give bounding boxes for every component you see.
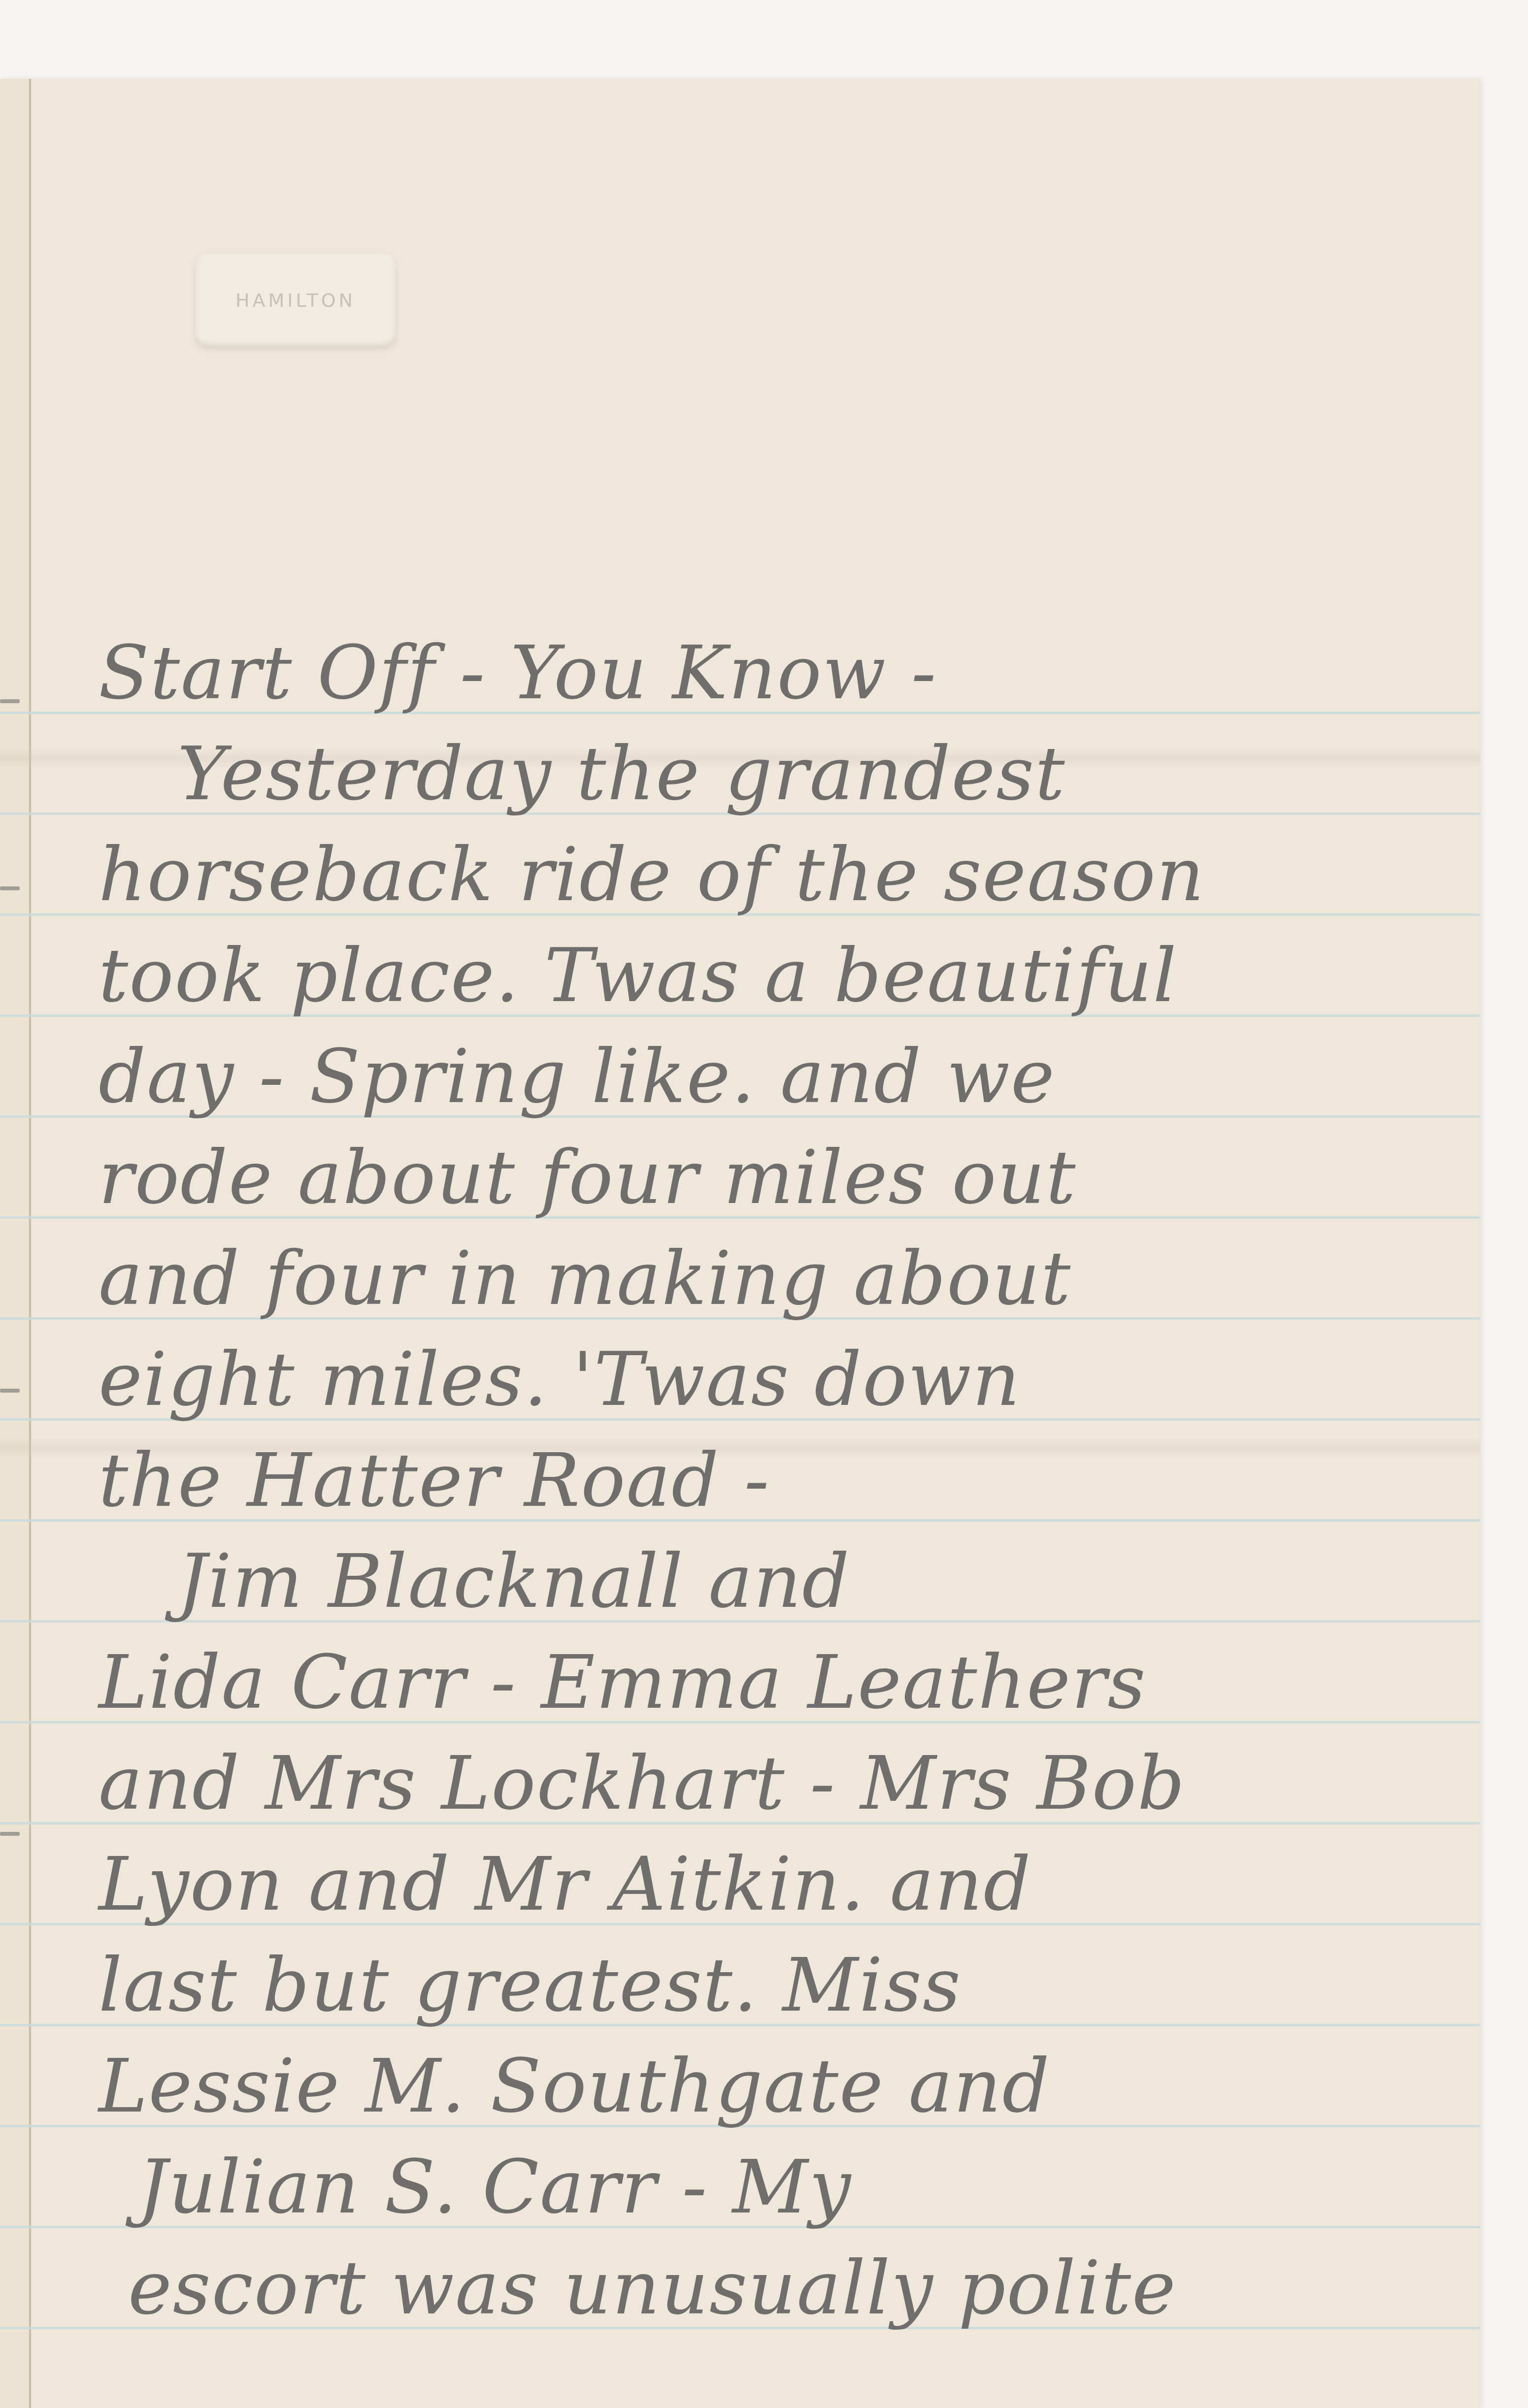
letter-line: Yesterday the grandest — [177, 731, 1066, 817]
left-page-edge — [0, 79, 31, 2408]
letter-line: eight miles. 'Twas down — [99, 1337, 1021, 1423]
letter-line: escort was unusually polite — [128, 2245, 1177, 2331]
letter-line: and four in making about — [99, 1236, 1071, 1322]
letter-line: took place. Twas a beautiful — [99, 933, 1178, 1019]
center-fold — [29, 79, 32, 2408]
letter-line: Start Off - You Know - — [99, 630, 937, 716]
letter-line: rode about four miles out — [99, 1135, 1076, 1221]
embossed-stamp: HAMILTON — [195, 254, 397, 347]
letter-line: day - Spring like. and we — [99, 1034, 1056, 1120]
letter-line: Lyon and Mr Aitkin. and — [99, 1842, 1032, 1927]
letter-line: the Hatter Road - — [99, 1438, 770, 1524]
letter-line: Lessie M. Southgate and — [99, 2044, 1051, 2129]
margin-mark — [0, 1832, 20, 1836]
letter-sheet: HAMILTON Start Off - You Know - Yesterda… — [0, 79, 1480, 2408]
letter-line: Jim Blacknall and — [177, 1539, 850, 1625]
letter-line: Lida Carr - Emma Leathers — [99, 1640, 1147, 1725]
margin-mark — [0, 699, 20, 703]
margin-mark — [0, 1389, 20, 1393]
letter-line: horseback ride of the season — [99, 832, 1205, 918]
letter-line: last but greatest. Miss — [99, 1943, 962, 2028]
letter-line: Julian S. Carr - My — [138, 2145, 852, 2230]
letter-line: and Mrs Lockhart - Mrs Bob — [99, 1741, 1186, 1826]
margin-mark — [0, 886, 20, 890]
